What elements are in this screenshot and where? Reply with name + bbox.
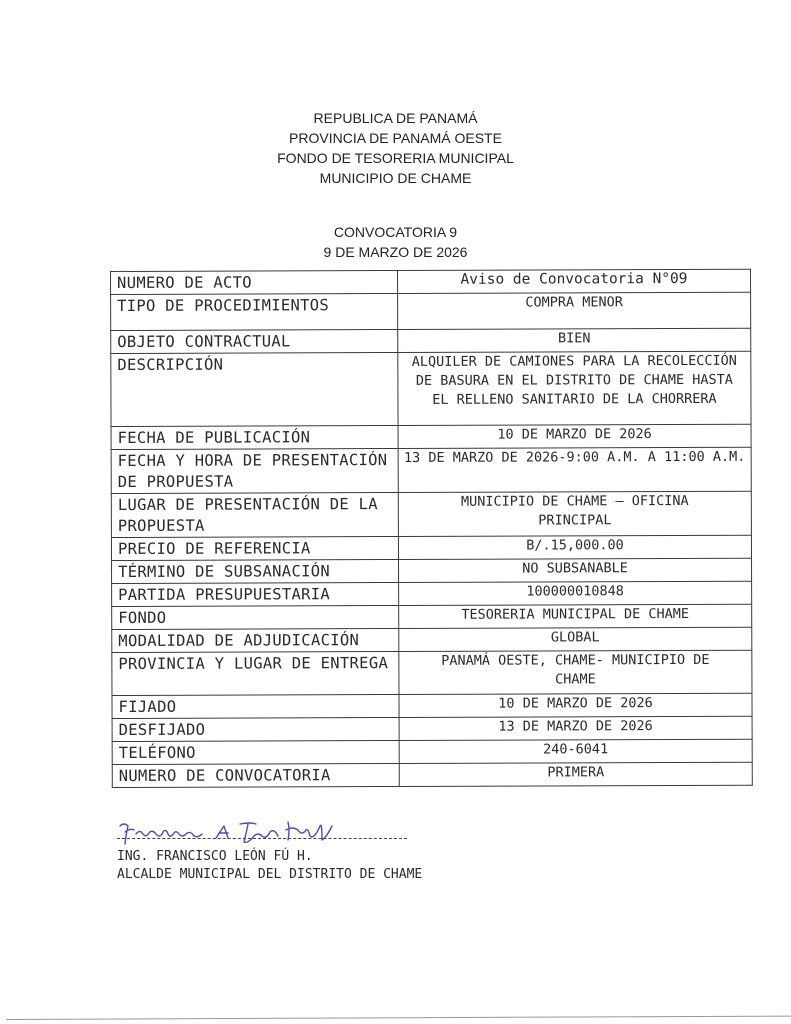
row-value: ALQUILER DE CAMIONES PARA LA RECOLECCIÓN… (398, 351, 751, 425)
convocatoria-details-table: NUMERO DE ACTO Aviso de Convocatoria N°0… (110, 269, 753, 788)
table-row: TIPO DE PROCEDIMIENTOS COMPRA MENOR (111, 292, 751, 330)
signature-line (117, 838, 407, 839)
table-row: FIJADO 10 DE MARZO DE 2026 (112, 693, 752, 718)
header-country: REPUBLICA DE PANAMÁ (0, 108, 791, 128)
table-row: OBJETO CONTRACTUAL BIEN (111, 328, 751, 353)
row-value: MUNICIPIO DE CHAME – OFICINA PRINCIPAL (398, 491, 751, 536)
row-value: 10 DE MARZO DE 2026 (399, 693, 752, 717)
row-label: TÉRMINO DE SUBSANACIÓN (112, 559, 399, 583)
row-label: OBJETO CONTRACTUAL (111, 329, 398, 353)
row-label: DESCRIPCIÓN (111, 352, 398, 426)
table-row: FECHA DE PUBLICACIÓN 10 DE MARZO DE 2026 (111, 424, 751, 449)
row-label: PARTIDA PRESUPUESTARIA (112, 582, 399, 606)
row-label: PROVINCIA Y LUGAR DE ENTREGA (112, 651, 399, 695)
header-municipality: MUNICIPIO DE CHAME (0, 168, 791, 188)
handwritten-signature (116, 812, 406, 852)
table-row: NUMERO DE CONVOCATORIA PRIMERA (112, 762, 752, 787)
table-row: NUMERO DE ACTO Aviso de Convocatoria N°0… (111, 269, 751, 294)
row-label: FECHA DE PUBLICACIÓN (111, 425, 398, 449)
row-value: NO SUBSANABLE (399, 558, 752, 582)
convocatoria-title: CONVOCATORIA 9 (0, 222, 791, 242)
table-row: PROVINCIA Y LUGAR DE ENTREGA PANAMÁ OEST… (112, 650, 752, 695)
convocatoria-date: 9 DE MARZO DE 2026 (0, 242, 791, 262)
row-value: TESORERIA MUNICIPAL DE CHAME (399, 604, 752, 628)
signer-name: ING. FRANCISCO LEÓN FÚ H. (117, 848, 422, 866)
row-label: FIJADO (112, 694, 399, 718)
row-label: FONDO (112, 605, 399, 629)
row-label: LUGAR DE PRESENTACIÓN DE LA PROPUESTA (111, 492, 398, 537)
signer-title: ALCALDE MUNICIPAL DEL DISTRITO DE CHAME (117, 866, 422, 884)
table-row: LUGAR DE PRESENTACIÓN DE LA PROPUESTA MU… (111, 491, 751, 537)
row-value: 13 DE MARZO DE 2026 (399, 716, 752, 740)
table-row: TÉRMINO DE SUBSANACIÓN NO SUBSANABLE (112, 558, 752, 583)
scan-edge-line (6, 1016, 791, 1020)
row-label: NUMERO DE CONVOCATORIA (112, 763, 399, 787)
header-fund: FONDO DE TESORERIA MUNICIPAL (0, 148, 791, 168)
row-label: MODALIDAD DE ADJUDICACIÓN (112, 628, 399, 652)
row-label: FECHA Y HORA DE PRESENTACIÓN DE PROPUEST… (111, 448, 398, 493)
row-value: 240-6041 (399, 739, 752, 763)
table-row: TELÉFONO 240-6041 (112, 739, 752, 764)
row-value: GLOBAL (399, 627, 752, 651)
table-row: PARTIDA PRESUPUESTARIA 100000010848 (112, 581, 752, 606)
signer-block: ING. FRANCISCO LEÓN FÚ H. ALCALDE MUNICI… (117, 848, 422, 884)
document-header: REPUBLICA DE PANAMÁ PROVINCIA DE PANAMÁ … (0, 108, 791, 188)
table-row: DESCRIPCIÓN ALQUILER DE CAMIONES PARA LA… (111, 351, 751, 426)
row-value: Aviso de Convocatoria N°09 (398, 269, 751, 293)
row-value: 10 DE MARZO DE 2026 (398, 424, 751, 448)
row-value: 100000010848 (399, 581, 752, 605)
row-label: PRECIO DE REFERENCIA (111, 536, 398, 560)
table-row: DESFIJADO 13 DE MARZO DE 2026 (112, 716, 752, 741)
row-label: TELÉFONO (112, 740, 399, 764)
row-value: COMPRA MENOR (398, 292, 751, 329)
row-value: B/.15,000.00 (398, 535, 751, 559)
row-value: PRIMERA (399, 762, 752, 786)
table-row: PRECIO DE REFERENCIA B/.15,000.00 (111, 535, 751, 560)
table-row: FONDO TESORERIA MUNICIPAL DE CHAME (112, 604, 752, 629)
convocatoria-heading: CONVOCATORIA 9 9 DE MARZO DE 2026 (0, 222, 791, 262)
header-province: PROVINCIA DE PANAMÁ OESTE (0, 128, 791, 148)
row-label: NUMERO DE ACTO (111, 270, 398, 294)
row-value: BIEN (398, 328, 751, 352)
table-row: MODALIDAD DE ADJUDICACIÓN GLOBAL (112, 627, 752, 652)
table-row: FECHA Y HORA DE PRESENTACIÓN DE PROPUEST… (111, 447, 751, 493)
row-label: TIPO DE PROCEDIMIENTOS (111, 293, 398, 330)
row-value: PANAMÁ OESTE, CHAME- MUNICIPIO DE CHAME (399, 650, 752, 694)
row-value: 13 DE MARZO DE 2026-9:00 A.M. A 11:00 A.… (398, 447, 751, 492)
row-label: DESFIJADO (112, 717, 399, 741)
